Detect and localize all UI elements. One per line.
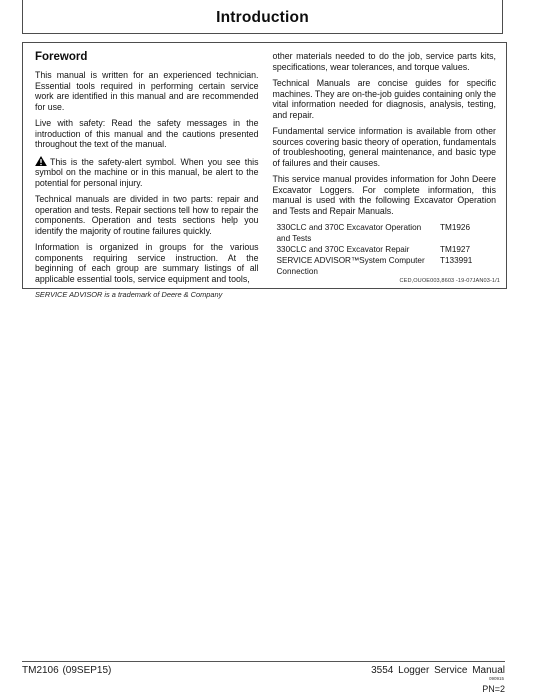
footer-manual-id: TM2106 (09SEP15)	[22, 665, 111, 676]
paragraph: Live with safety: Read the safety messag…	[35, 118, 259, 150]
manual-page: Introduction Foreword This manual is wri…	[0, 0, 541, 700]
page-title-box: Introduction	[22, 0, 503, 34]
content-box: Foreword This manual is written for an e…	[22, 42, 507, 289]
footer-date-code: 090915	[371, 676, 504, 681]
safety-alert-paragraph: This is the safety-alert symbol. When yo…	[35, 156, 259, 189]
paragraph: Fundamental service information is avail…	[273, 126, 497, 168]
manual-code: TM1927	[440, 244, 496, 255]
manual-title: 330CLC and 370C Excavator Repair	[277, 244, 437, 255]
footer-right-block: 3554 Logger Service Manual 090915 PN=2	[371, 665, 505, 694]
trademark-note: SERVICE ADVISOR is a trademark of Deere …	[35, 290, 259, 299]
two-column-layout: Foreword This manual is written for an e…	[35, 51, 496, 282]
paragraph-text: This is the safety-alert symbol. When yo…	[35, 157, 259, 188]
manual-title: SERVICE ADVISOR™System Computer Connecti…	[277, 255, 437, 277]
paragraph: Information is organized in groups for t…	[35, 242, 259, 284]
manual-code: T133991	[440, 255, 496, 277]
manual-title: 330CLC and 370C Excavator Operation and …	[277, 222, 437, 244]
related-manuals-table: 330CLC and 370C Excavator Operation and …	[277, 222, 497, 277]
footer-divider	[22, 661, 505, 662]
right-column: other materials needed to do the job, se…	[273, 51, 497, 282]
page-title: Introduction	[216, 6, 309, 27]
footer-manual-name: 3554 Logger Service Manual	[371, 665, 505, 676]
paragraph: other materials needed to do the job, se…	[273, 51, 497, 72]
safety-alert-triangle-icon	[35, 156, 47, 166]
foreword-heading: Foreword	[35, 51, 259, 63]
paragraph: This service manual provides information…	[273, 174, 497, 216]
footer: TM2106 (09SEP15) 3554 Logger Service Man…	[22, 665, 505, 694]
table-row: 330CLC and 370C Excavator Operation and …	[277, 222, 497, 244]
footer-page-number: PN=2	[371, 684, 505, 694]
paragraph: This manual is written for an experience…	[35, 70, 259, 112]
paragraph: Technical Manuals are concise guides for…	[273, 78, 497, 120]
reference-code: CED,OUOE003,8603 -19-07JAN03-1/1	[399, 278, 500, 285]
left-column: Foreword This manual is written for an e…	[35, 51, 259, 282]
paragraph: Technical manuals are divided in two par…	[35, 194, 259, 236]
table-row: SERVICE ADVISOR™System Computer Connecti…	[277, 255, 497, 277]
manual-code: TM1926	[440, 222, 496, 244]
table-row: 330CLC and 370C Excavator Repair TM1927	[277, 244, 497, 255]
